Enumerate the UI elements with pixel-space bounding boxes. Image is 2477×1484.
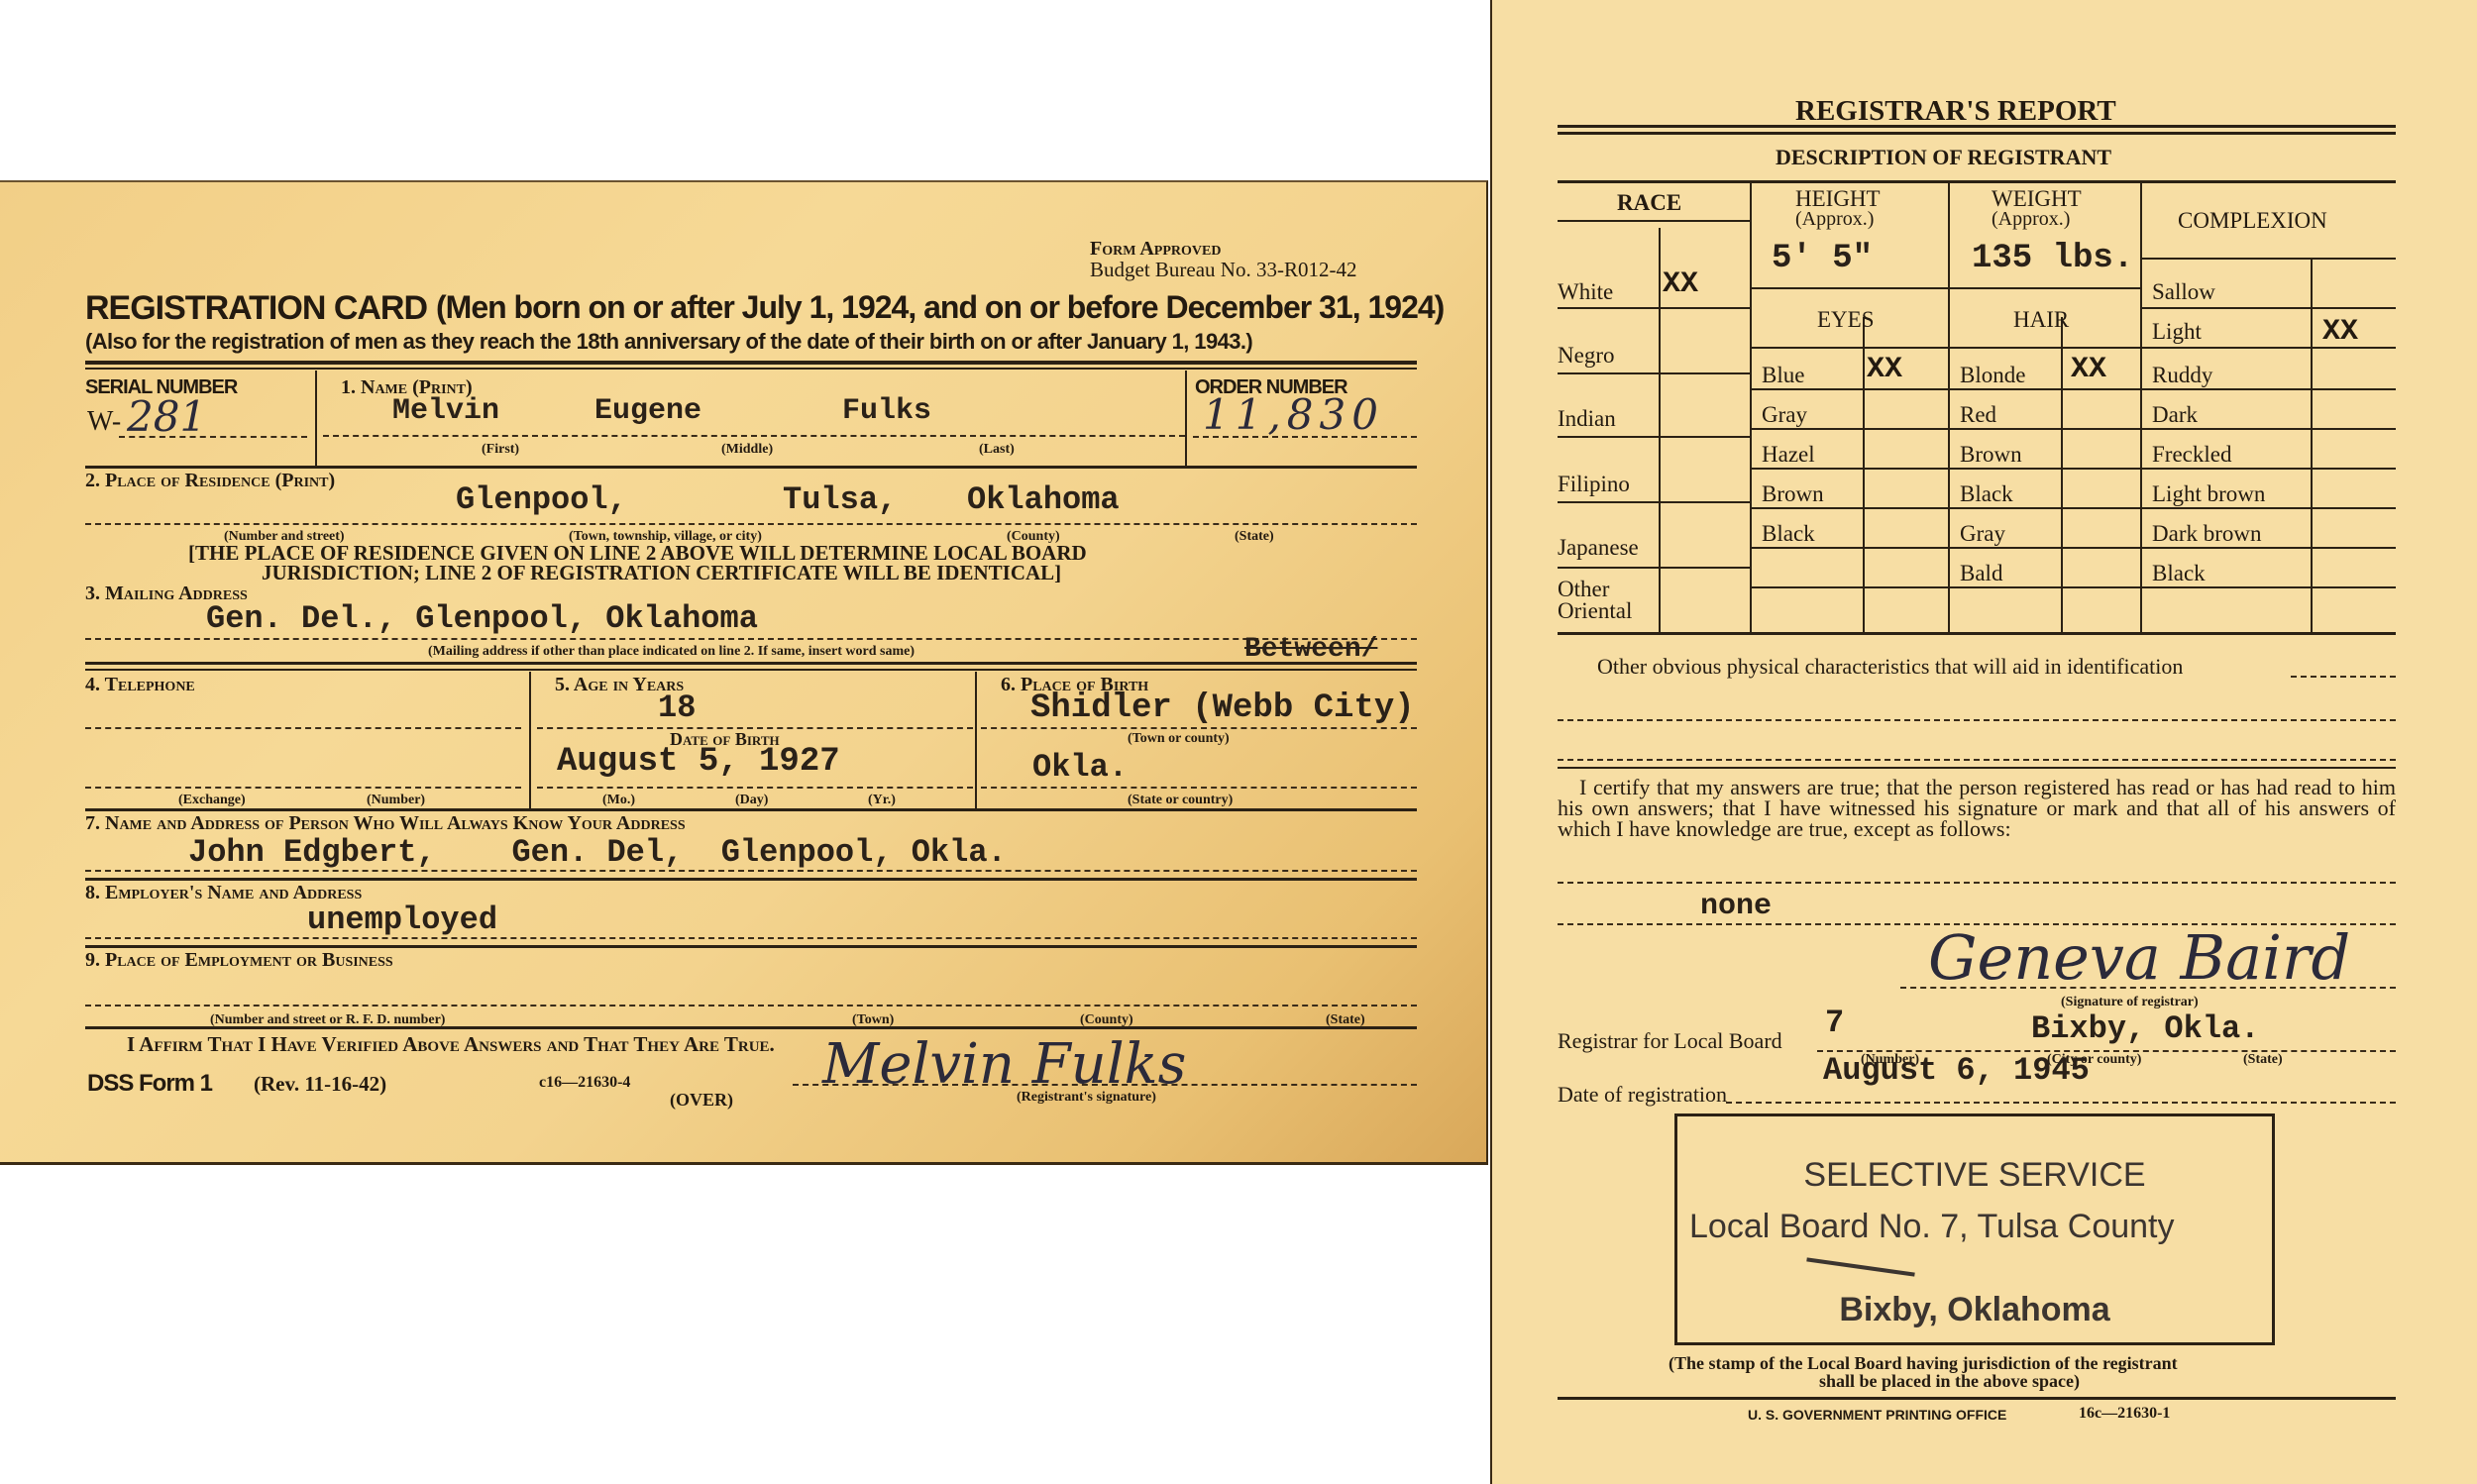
jurisdiction-notice-line2: JURISDICTION; LINE 2 OF REGISTRATION CER… [262,561,1061,585]
complexion-header: COMPLEXION [2178,208,2327,234]
serial-number-value: 281 [127,392,206,441]
printer-code: 16c—21630-1 [2079,1405,2170,1423]
stamp-line2: Local Board No. 7, Tulsa County [1689,1208,2175,1246]
stamp-note-line2: shall be placed in the above space) [1819,1371,2080,1392]
stamp-smudge [1806,1257,1914,1276]
race-filipino: Filipino [1558,472,1630,497]
mailing-address-value: Gen. Del., Glenpool, Oklahoma [206,600,758,637]
race-japanese: Japanese [1558,535,1639,561]
stamp-line1: SELECTIVE SERVICE [1677,1156,2272,1195]
card-subtitle: (Also for the registration of men as the… [85,329,1252,355]
over-label: (OVER) [670,1090,733,1111]
birthplace-state: Okla. [1032,749,1128,786]
residence-county: Tulsa, [783,481,897,518]
registrar-report-back: REGISTRAR'S REPORT DESCRIPTION OF REGIST… [1490,0,2477,1484]
hair-header: HAIR [2013,307,2069,333]
hair-checked-mark: XX [2071,353,2106,386]
form-revision: (Rev. 11-16-42) [254,1072,386,1097]
local-board-number: 7 [1825,1005,1844,1041]
exceptions-value: none [1700,890,1772,923]
weight-value: 135 lbs. [1972,240,2133,277]
card-title: REGISTRATION CARD [85,289,427,328]
date-of-registration-label: Date of registration [1558,1082,1727,1108]
serial-number-prefix: W- [87,406,121,438]
residence-label: 2. Place of Residence (Print) [85,470,335,492]
employer-value: unemployed [307,901,497,938]
contact-value: John Edgbert, Gen. Del, Glenpool, Okla. [188,834,1007,871]
order-number-value: 11,830 [1203,390,1384,439]
struck-text: Between/ [1244,634,1377,665]
eyes-checked-mark: XX [1867,353,1902,386]
registrar-signature: Geneva Baird [1928,921,2350,994]
race-header: RACE [1617,190,1681,216]
race-indian: Indian [1558,406,1616,432]
report-title: REGISTRAR'S REPORT [1795,95,2116,128]
certification-statement: I certify that my answers are true; that… [1558,777,2396,839]
race-other-oriental: Other Oriental [1558,579,1657,622]
telephone-label: 4. Telephone [85,674,195,696]
age-value: 18 [658,689,696,726]
date-of-registration-value: August 6, 1945 [1823,1052,2090,1089]
stamp-line3: Bixby, Oklahoma [1677,1291,2272,1329]
affirmation-statement: I Affirm That I Have Verified Above Answ… [127,1032,775,1057]
local-board-city: Bixby, Okla. [2031,1010,2259,1047]
other-characteristics-label: Other obvious physical characteristics t… [1597,654,2183,680]
eyes-header: EYES [1817,307,1875,333]
height-value: 5' 5" [1772,240,1873,277]
printer-label: U. S. GOVERNMENT PRINTING OFFICE [1748,1407,2006,1423]
budget-bureau-number: Budget Bureau No. 33-R012-42 [1090,258,1356,282]
race-checked-mark: XX [1663,267,1698,301]
contact-label: 7. Name and Address of Person Who Will A… [85,812,686,835]
race-white: White [1558,279,1613,305]
print-code: c16—21630-4 [539,1074,630,1092]
first-name: Melvin [392,394,499,428]
form-id: DSS Form 1 [87,1070,212,1098]
birthplace-town: Shidler (Webb City) [1030,689,1415,727]
residence-town: Glenpool, [456,481,627,518]
employment-place-label: 9. Place of Employment or Business [85,949,393,972]
last-name: Fulks [842,394,931,428]
stamp-box: SELECTIVE SERVICE Local Board No. 7, Tul… [1674,1113,2275,1345]
report-subtitle: DESCRIPTION OF REGISTRANT [1776,145,2111,170]
card-title-eligibility: (Men born on or after July 1, 1924, and … [436,289,1444,326]
complexion-checked-mark: XX [2322,315,2358,349]
residence-state: Oklahoma [967,481,1120,518]
race-negro: Negro [1558,343,1614,369]
dob-value: August 5, 1927 [557,743,840,781]
registration-card-front: Form Approved Budget Bureau No. 33-R012-… [0,180,1488,1165]
local-board-label: Registrar for Local Board [1558,1028,1782,1054]
registrant-signature: Melvin Fulks [822,1032,1186,1097]
middle-name: Eugene [594,394,701,428]
